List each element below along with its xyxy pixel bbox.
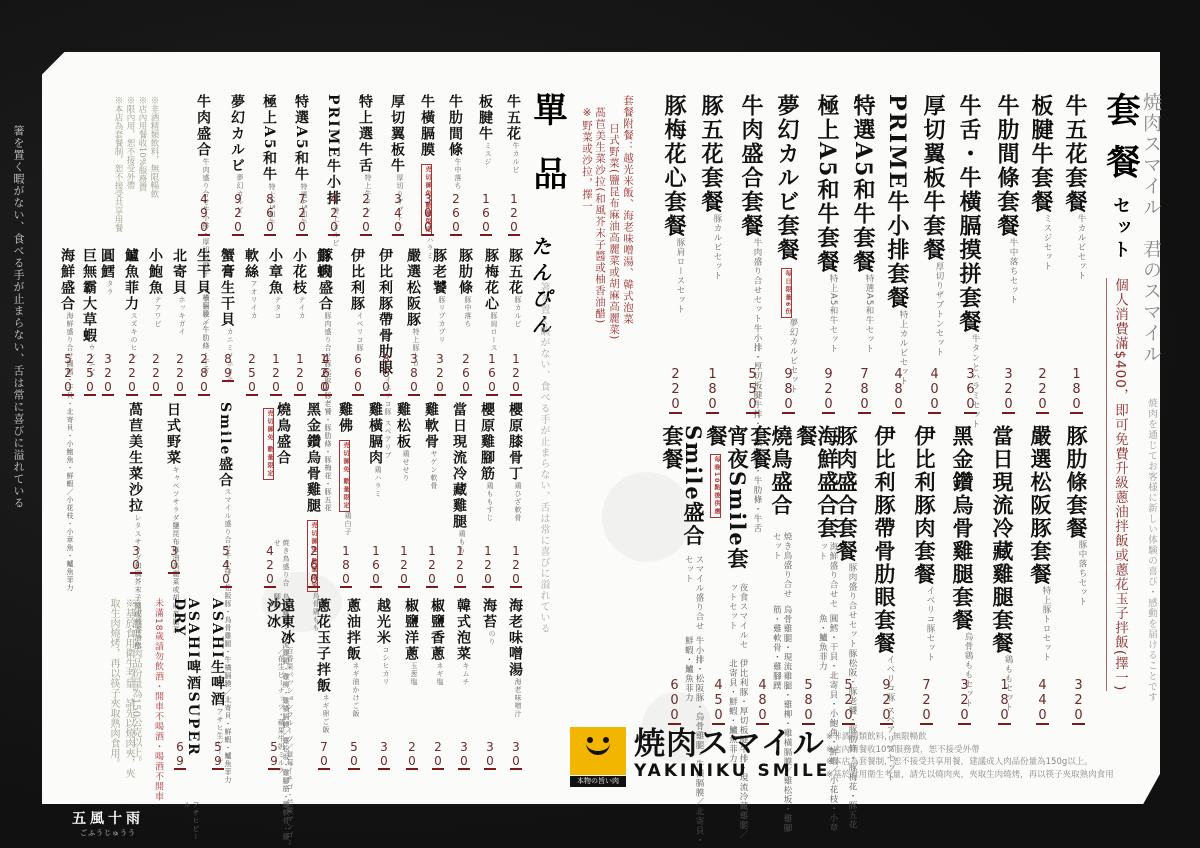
menu-item-name: 豚肋條 [458, 248, 472, 296]
menu-item: 櫻原膝骨丁鶏ひざ軟骨 [508, 402, 522, 522]
menu-item-price: 30 [510, 740, 522, 770]
set-menu-title-kanji: 套餐 [1100, 92, 1140, 196]
menu-item: 海鮮盛合套餐海鮮盛り合せセット圓鱈・干貝・北寄貝・小鮑魚・鮮蝦／小花枝・小章魚・… [796, 425, 838, 848]
menu-item-subtitle: エビ [316, 280, 330, 296]
menu-item-name: 伊比利豚帶骨肋眼套餐 [874, 425, 895, 655]
menu-item-price: 20 [406, 740, 418, 770]
menu-item-name: Smile盛合 [218, 402, 232, 488]
menu-item-price: 59 [212, 740, 224, 770]
menu-item-name: 特選A5和牛套餐 [852, 94, 874, 274]
menu-item-subtitle: 特選A5和牛セット [852, 274, 874, 354]
menu-item-price: 440 [1036, 678, 1049, 725]
menu-item-subtitle: 玉葱塩 [404, 662, 418, 686]
footnote: ※非酒精類飲料，無限暢飲 [826, 731, 1114, 744]
menu-item: 黑金鑽烏骨雞腿套餐烏骨鶏ももセット [952, 425, 973, 708]
menu-item-price: 30 [168, 544, 180, 574]
menu-item: 蔥花玉子拌飯ネギ卵ご飯 [316, 598, 330, 734]
menu-item-name: 牛五花 [506, 94, 520, 142]
menu-item-price: 120 [398, 544, 410, 588]
limited-badge: 每晚10點後供應 [710, 454, 721, 518]
footnote: ※店內用餐收10%服務費，恕不接受外帶 [826, 744, 1114, 757]
menu-item: 豚肋條套餐豚中落ちセット [1066, 425, 1087, 607]
limited-badge: 売切御免 數量限定 [263, 408, 274, 480]
menu-item-price: 120 [426, 544, 438, 588]
menu-item-name: 燒鳥盛合套餐 [750, 425, 792, 532]
set-sides-label: 套餐附餐：越光米飯、海老味噌湯、韓式泡菜 [621, 95, 636, 325]
smile-logo-icon: 本物の旨い肉 [570, 727, 626, 775]
set-menu-title-kana: セット [1110, 196, 1131, 262]
menu-item-price: 580 [802, 678, 815, 725]
menu-item: 嚴選松阪豚套餐特上豚トロセット [1030, 425, 1051, 662]
menu-item-price: 490 [198, 192, 210, 236]
menu-item-name: 鱸魚菲力 [124, 248, 138, 312]
a-la-carte-note: ※非酒精類飲料，無限暢飲 [148, 96, 160, 198]
menu-item-price: 120 [454, 544, 466, 588]
menu-item-price: 160 [486, 352, 498, 396]
menu-item-subtitle: 生ホタテ [196, 296, 210, 328]
menu-item-name: 海鮮盛合 [60, 248, 74, 312]
menu-item-subtitle: 牛中落ち [448, 158, 462, 190]
menu-item-price: 920 [880, 678, 893, 725]
menu-item-subtitle: 豚肉盛り合せセット [836, 563, 857, 649]
menu-item-name: 雞佛売切御免 數量限定 [338, 402, 352, 512]
menu-item-subtitle: ヤゲン軟骨 [424, 450, 438, 490]
alcohol-note: 未滿18歲請勿飲酒・開車不喝酒・喝酒不開車 [152, 598, 165, 801]
menu-item: 雞橫膈肉鶏ハラミ [368, 402, 382, 498]
menu-item-price: 220 [174, 352, 186, 396]
menu-item-name: 厚切翼板牛 [390, 94, 404, 174]
menu-item-subtitle: イベリコ豚セット [914, 586, 935, 662]
menu-item: 雞佛売切御免 數量限定鶏白子 [338, 402, 352, 536]
menu-item-price: 540 [220, 544, 232, 588]
menu-item-name: 小花枝 [292, 248, 306, 296]
menu-item: 遠東冰沙冰百香果パッションフルーツ／草莓イチゴ・芒果マンゴー／花生ピーナッツ・蘋… [266, 598, 294, 848]
menu-item: 小鮑魚テアワビ [148, 248, 162, 328]
menu-item-name: 海鮮盛合套餐 [796, 425, 838, 542]
brand-name-jp: 焼肉スマイル [634, 727, 830, 761]
menu-item: 櫻原雞腳筋鶏ももすじ [480, 402, 494, 522]
menu-item-price: 450 [712, 678, 725, 725]
menu-item-price: 30 [484, 740, 496, 770]
menu-item-subtitle: 特上A5和牛セット [816, 274, 838, 354]
a-la-carte-title: 單品 [523, 92, 572, 220]
menu-item-price: 30 [458, 740, 470, 770]
menu-item-subtitle: ネギ卵ご飯 [316, 694, 330, 734]
menu-item-name: 嚴選松阪豚套餐 [1030, 425, 1051, 586]
menu-item-subtitle: 鶏ひざ軟骨 [508, 482, 522, 522]
menu-item-name: 燒鳥盛合売切御免 數量限定 [262, 402, 290, 539]
menu-item-name: PRIME牛小排 [326, 94, 340, 207]
menu-item-name: 軟絲 [244, 248, 258, 280]
menu-item: 圓鱈タラ [100, 248, 114, 296]
menu-item-subtitle: 海老味噌汁 [508, 678, 522, 718]
menu-item-name: ASAHI啤酒SUPER DRY [172, 598, 200, 801]
menu-item-name: 牛肋間條 [448, 94, 462, 158]
menu-item-name: 極上A5和牛 [262, 94, 276, 183]
a-la-carte-note: ※店內用餐收10%服務費 [136, 96, 148, 191]
menu-item-subtitle: ネギ油かけご飯 [346, 662, 360, 718]
menu-item-price: 920 [232, 192, 244, 236]
menu-item-subtitle: ネギ塩 [430, 662, 444, 686]
menu-item: 海苔のり [482, 598, 496, 646]
menu-item-name: 海苔 [482, 598, 496, 630]
menu-item-name: 椒鹽洋蔥 [404, 598, 418, 662]
menu-item-name: 生干貝 [196, 248, 210, 296]
menu-item: 伊比利豚肉套餐イベリコ豚セット [914, 425, 935, 662]
menu-item-price: 260 [308, 544, 320, 588]
menu-item-name: 伊比利豚 [350, 248, 364, 312]
menu-item-name: 蔥油拌飯 [346, 598, 360, 662]
menu-item: 越光米コシヒカリ [376, 598, 390, 686]
menu-item: 嚴選松阪豚特上豚トロ [406, 248, 420, 368]
menu-item-name: 板腱牛 [478, 94, 492, 142]
set-menu-promo: 個人消費滿$400，即可免費升級蔥油拌飯或蔥花玉子拌飯(擇一) [1106, 278, 1130, 691]
menu-item: 厚切翼板牛套餐厚切りザブトンセット [922, 94, 944, 357]
menu-item-subtitle: タラ [100, 280, 114, 296]
menu-item: 牛肋間條套餐牛中落ちセット [996, 94, 1018, 305]
menu-item-price: 70 [318, 740, 330, 770]
menu-item-name: 鮮蝦 [316, 248, 330, 280]
menu-item-price: 180 [706, 367, 719, 414]
limited-badge: 売切御免 數量限定 [339, 440, 350, 512]
menu-item-subtitle: 鶏ハラミ [368, 466, 382, 498]
side-tagline: 箸を置く暇がない、食べる手が止まらない、舌は常に喜びに溢れている [10, 125, 26, 515]
menu-item-subtitle: アオリイカ [244, 280, 258, 320]
menu-item-name: 雞軟骨 [424, 402, 438, 450]
menu-item-name: 蔥花玉子拌飯 [316, 598, 330, 694]
menu-item-name: 豚五花套餐 [700, 94, 722, 214]
menu-item-subtitle: 牛中落ちセット [996, 238, 1018, 305]
menu-item-name: 牛肋間條套餐 [996, 94, 1018, 238]
menu-item-price: 320 [1002, 367, 1015, 414]
menu-item-price: 400 [928, 367, 941, 414]
menu-item: 牛肋間條牛中落ち [448, 94, 462, 190]
menu-item-name: Smile盛合套餐 [662, 425, 704, 555]
menu-item-subtitle: キムチ [456, 662, 470, 686]
menu-item-name: 豚老饕 [432, 248, 446, 296]
menu-item-price: 340 [392, 192, 404, 236]
brand-name-en: YAKINIKU SMILE [634, 761, 830, 781]
menu-item-price: 320 [958, 678, 971, 725]
menu-item-name: 夢幻カルビ [230, 94, 244, 174]
publisher-name: 五風十雨 [72, 808, 144, 828]
menu-item-name: 厚切翼板牛套餐 [922, 94, 944, 262]
menu-item-subtitle: 鶏せせり [396, 450, 410, 482]
menu-item-price: 180 [1070, 367, 1083, 414]
menu-item-subtitle: アサヒビール [172, 801, 200, 848]
menu-item: 伊比利豚帶骨肋眼套餐イベリコ豚 スペアリブセット [874, 425, 895, 782]
menu-item-price: 120 [270, 352, 282, 396]
menu-item-price: 69 [174, 740, 186, 770]
menu-item-subtitle: テアワビ [148, 296, 162, 328]
menu-item-name: 當日現流冷藏雞腿套餐 [992, 425, 1013, 655]
publisher-mark: 五風十雨 ごふうじゅうう [72, 808, 144, 838]
menu-item: 豚肋條豚中落ち [458, 248, 472, 328]
menu-item-subtitle: ホッキガイ [172, 296, 186, 336]
menu-item-name: 小章魚 [268, 248, 282, 296]
menu-item-price: 20 [432, 740, 444, 770]
menu-item: ASAHI生啤酒アサヒ生ビール [210, 598, 224, 764]
menu-item-subtitle: テイカ [292, 296, 306, 320]
menu-item-name: 牛肉盛合 [196, 94, 210, 158]
menu-item-price: 120 [508, 192, 520, 236]
menu-item-name: 牛五花套餐 [1064, 94, 1086, 214]
footnotes: ※非酒精類飲料，無限暢飲 ※店內用餐收10%服務費，恕不接受外帶 ※本店為套餐制… [826, 731, 1114, 781]
menu-item-price: 220 [150, 352, 162, 396]
menu-item-price: 420 [328, 192, 340, 236]
menu-item-name: 豚肋條套餐 [1066, 425, 1087, 540]
menu-item: 當日現流冷藏雞腿鶏もも [452, 402, 466, 554]
menu-item-name: 黑金鑽烏骨雞腿套餐 [952, 425, 973, 632]
menu-item-price: 120 [510, 352, 522, 396]
menu-item-price: 720 [296, 192, 308, 236]
menu-item-price: 260 [450, 192, 462, 236]
menu-item-subtitle: 豚カルビセット [700, 214, 722, 281]
menu-item-name: 櫻原膝骨丁 [508, 402, 522, 482]
menu-item: 牛五花套餐牛カルビセット [1064, 94, 1086, 281]
menu-item-price: 120 [482, 544, 494, 588]
menu-item-name: 極上A5和牛套餐 [816, 94, 838, 274]
menu-item-price: 120 [510, 544, 522, 588]
menu-item-subtitle: 豚中落ちセット [1066, 540, 1087, 607]
menu-item-price: 660 [352, 352, 364, 396]
menu-item: 板腱牛套餐ミスジセット [1030, 94, 1052, 271]
menu-item-subtitle: 豚肩ロース [484, 312, 498, 352]
publisher-kana: ごふうじゅうう [72, 828, 144, 838]
menu-item-name: 韓式泡菜 [456, 598, 470, 662]
menu-item-price: 520 [842, 678, 855, 725]
a-la-carte-tagline: 箸を置く暇がない、食べる手が止まらない、舌は常に喜びに溢れている [536, 282, 551, 634]
menu-item-subtitle: 豚肩ロースセット [663, 238, 685, 314]
menu-item-price: 550 [746, 367, 759, 414]
a-la-carte-note: ※本店為套餐制，恕不接受共享用餐 [112, 96, 124, 232]
menu-item: 雞軟骨ヤゲン軟骨 [424, 402, 438, 490]
menu-item-name: 巨無霸大草蝦 [82, 248, 96, 344]
footnote: ※本店為套餐制，恕不接受共享用餐，建議成人肉品份量為150g以上。 [826, 756, 1114, 769]
menu-item: 牛五花牛カルビ [506, 94, 520, 174]
menu-item-price: 860 [264, 192, 276, 236]
menu-item: 椒鹽洋蔥玉葱塩 [404, 598, 418, 686]
menu-item-price: 720 [920, 678, 933, 725]
set-sides-line-1: 日式野菜(鹽昆布麻油高麗菜或胡麻高麗菜) [607, 123, 622, 340]
menu-item: 極上A5和牛套餐特上A5和牛セット [816, 94, 838, 354]
menu-item-subtitle: キャベツサラダ [166, 466, 180, 522]
menu-item-subtitle: 牛肉盛り合せセット [740, 238, 762, 324]
set-menu-title: 套餐セット [1096, 92, 1145, 262]
menu-item: 豚老饕豚リブカブリ [432, 248, 446, 344]
set-sides-line-3: ※野菜或沙拉，擇一 [580, 107, 595, 212]
menu-item-price: 250 [84, 352, 96, 396]
menu-item-price: 480 [892, 367, 905, 414]
menu-item-name: 雞橫膈肉 [368, 402, 382, 466]
footnote: ※基於食用衛生考量，請先以燒肉夾，夾取生肉燒烤，再以筷子夾取熟肉食用 [826, 769, 1114, 782]
menu-item-price: 980 [782, 367, 795, 414]
menu-item-subtitle: 豚中落ち [458, 296, 472, 328]
menu-item-name: 嚴選松阪豚 [406, 248, 420, 328]
menu-item: 宵夜Smile套餐每晚10點後供應夜食スマイルセットセット伊比利豚・厚切板腱牛排… [706, 425, 748, 848]
menu-item: PRIME牛小排套餐特上カルビセット [886, 94, 908, 386]
menu-item: 雞松板鶏せせり [396, 402, 410, 482]
set-sides-line-2: 萵苣美生菜沙拉(和風芥末子醬或柚香油醋) [593, 107, 608, 324]
limited-badge: 每日限量6份 [781, 268, 792, 318]
menu-item: 豚五花豚カルビ [508, 248, 522, 328]
menu-item: 椒鹽香蔥ネギ塩 [430, 598, 444, 686]
menu-item-name: 夢幻カルビ套餐每日限量6份 [776, 94, 798, 318]
menu-item-price: 860 [380, 352, 392, 396]
menu-item: 特選A5和牛套餐特選A5和牛セット [852, 94, 874, 354]
menu-item-name: 北寄貝 [172, 248, 186, 296]
menu-item-subtitle: 厚切りザブトンセット [922, 262, 944, 357]
menu-item: 海鮮盛合海鮮盛り合せ圓鱈・干貝・北寄貝・小鮑魚・鮮蝦／小花枝・小章魚・鱸魚菲力 [60, 248, 74, 592]
menu-item: 海老味噌湯海老味噌汁 [508, 598, 522, 718]
menu-item-price: 260 [460, 352, 472, 396]
menu-item-name: ASAHI生啤酒 [210, 598, 224, 708]
menu-item: 蔥油拌飯ネギ油かけご飯 [346, 598, 360, 718]
menu-item-name: 板腱牛套餐 [1030, 94, 1052, 214]
menu-item-subtitle: のり [482, 630, 496, 646]
menu-item-subtitle: 豚リブカブリ [432, 296, 446, 344]
menu-item-price: 120 [294, 352, 306, 396]
menu-item-subtitle: 焼き鳥盛り合せセット [750, 532, 792, 606]
menu-item-price: 120 [318, 352, 330, 396]
menu-item-name: 豚五花 [508, 248, 522, 296]
menu-item: 小章魚テタコ [268, 248, 282, 320]
menu-item-price: 320 [1072, 678, 1085, 725]
menu-item-price: 480 [756, 678, 769, 725]
menu-item-name: 椒鹽香蔥 [430, 598, 444, 662]
menu-item-subtitle: スマイル盛り合せ [218, 488, 232, 552]
menu-item-subtitle: 鶏白子 [338, 512, 352, 536]
menu-item-name: 牛舌・牛橫膈摸拼套餐 [958, 94, 980, 334]
menu-item: 豚梅花心豚肩ロース [484, 248, 498, 352]
menu-item-name: 伊比利豚肉套餐 [914, 425, 935, 586]
menu-item-name: 特選A5和牛 [294, 94, 308, 183]
menu-item-price: 160 [370, 544, 382, 588]
menu-item-name: 宵夜Smile套餐每晚10點後供應 [706, 425, 748, 583]
menu-item-price: 160 [480, 192, 492, 236]
menu-item-subtitle: スマイル盛り合せセット [662, 555, 704, 636]
menu-item: 燒鳥盛合套餐焼き鳥盛り合せセット烏骨雞腿・現流雞腿・雞柳・雞橫膈膜／雞松坂・雞腳… [750, 425, 792, 848]
menu-item-price: 30 [378, 740, 390, 770]
menu-item-price: 280 [198, 352, 210, 396]
menu-item-subtitle: テタコ [268, 296, 282, 320]
menu-item-name: 蟹膏生干貝 [220, 248, 234, 328]
menu-item-price: 89 [222, 352, 234, 382]
menu-item: 當日現流冷藏雞腿套餐鶏ももセット [992, 425, 1013, 712]
menu-item: 北寄貝ホッキガイ [172, 248, 186, 336]
menu-item-subtitle: 牛カルビセット [1064, 214, 1086, 281]
menu-item-name: 小鮑魚 [148, 248, 162, 296]
menu-item-price: 520 [62, 352, 74, 396]
menu-item-name: PRIME牛小排套餐 [886, 94, 908, 310]
a-la-carte-note: ※基於食用衛生考量，請先以燒肉夾，夾取生肉燒烤，再以筷子夾取熟肉食用。 [106, 598, 136, 778]
a-la-carte-note: ※限內用，恕不接受外帶 [124, 96, 136, 190]
menu-item-subtitle: 鶏ももすじ [480, 482, 494, 522]
menu-item-name: 豚梅花心 [484, 248, 498, 312]
menu-item-price: 180 [998, 678, 1011, 725]
menu-item-subtitle: コシヒカリ [376, 646, 390, 686]
menu-item-subtitle: 牛カルビ [506, 142, 520, 174]
menu-item-subtitle: ミスジセット [1030, 214, 1052, 271]
menu-item-name: 日式野菜 [166, 402, 180, 466]
menu-item-price: 320 [102, 352, 114, 396]
menu-item-name: 牛肉盛合套餐 [740, 94, 762, 238]
menu-item: 鱸魚菲力スズキのヒレ [124, 248, 138, 360]
menu-item-name: 遠東冰沙冰 [266, 598, 294, 647]
slogan-body: 焼肉を通じてお客様に新しい体験の喜び・感動を届けることです [1144, 398, 1158, 703]
menu-item-price: 220 [669, 367, 682, 414]
menu-item-name: 海老味噌湯 [508, 598, 522, 678]
menu-item-price: 180 [340, 544, 352, 588]
menu-item: 伊比利豚イベリコ豚 [350, 248, 364, 352]
menu-item-price: 780 [858, 367, 871, 414]
menu-item-price: 380 [408, 352, 420, 396]
menu-item-subtitle: 夜食スマイルセットセット [706, 583, 748, 659]
menu-item-subtitle: 特上豚トロセット [1030, 586, 1051, 662]
menu-item-price: 59 [268, 740, 280, 770]
menu-item-price: 420 [264, 544, 276, 588]
menu-item: 夢幻カルビ套餐每日限量6份夢幻カルビセット [776, 94, 798, 394]
menu-item-name: 萵苣美生菜沙拉 [128, 402, 142, 514]
menu-item-price: 320 [434, 352, 446, 396]
menu-item-price: 220 [126, 352, 138, 396]
menu-item-subtitle: イベリコ豚 [350, 312, 364, 352]
menu-item: 板腱牛ミスジ [478, 94, 492, 166]
menu-item-price: 250 [246, 352, 258, 396]
menu-item-name: 特上選牛舌 [358, 94, 372, 174]
menu-item-subtitle: 海鮮盛り合せセット [796, 542, 838, 614]
menu-item: 豚梅花心套餐豚肩ロースセット [663, 94, 685, 314]
menu-item: 軟絲アオリイカ [244, 248, 258, 320]
menu-item-price: 30 [130, 544, 142, 574]
menu-item-price: 920 [822, 367, 835, 414]
menu-item-name: 越光米 [376, 598, 390, 646]
menu-item-price: 50 [348, 740, 360, 770]
menu-item-name: 豚梅花心套餐 [663, 94, 685, 238]
menu-item-price: 220 [360, 192, 372, 236]
menu-item: 豚五花套餐豚カルビセット [700, 94, 722, 281]
menu-item-price: 220 [1036, 367, 1049, 414]
brand-logo: 本物の旨い肉 焼肉スマイル YAKINIKU SMILE [570, 727, 830, 781]
menu-item-name: 櫻原雞腳筋 [480, 402, 494, 482]
menu-item-price: 300 [422, 192, 434, 236]
menu-item-subtitle: ミスジ [478, 142, 492, 166]
menu-item-name: 雞松板 [396, 402, 410, 450]
menu-item: 小花枝テイカ [292, 248, 306, 320]
menu-item: ASAHI啤酒SUPER DRYアサヒビール [172, 598, 200, 848]
menu-item: 生干貝生ホタテ [196, 248, 210, 328]
menu-item-name: 當日現流冷藏雞腿 [452, 402, 466, 530]
menu-item: Smile盛合套餐スマイル盛り合せセット牛小排・松阪豚・烏骨雞腿・牛橫膈膜／北寄… [662, 425, 704, 848]
menu-item: 韓式泡菜キムチ [456, 598, 470, 686]
menu-item-price: 360 [964, 367, 977, 414]
menu-item: 鮮蝦エビ [316, 248, 330, 296]
menu-item-subtitle: 豚カルビ [508, 296, 522, 328]
logo-tagline: 本物の旨い肉 [570, 776, 626, 787]
menu-item-price: 600 [668, 678, 681, 725]
menu-item-name: 圓鱈 [100, 248, 114, 280]
